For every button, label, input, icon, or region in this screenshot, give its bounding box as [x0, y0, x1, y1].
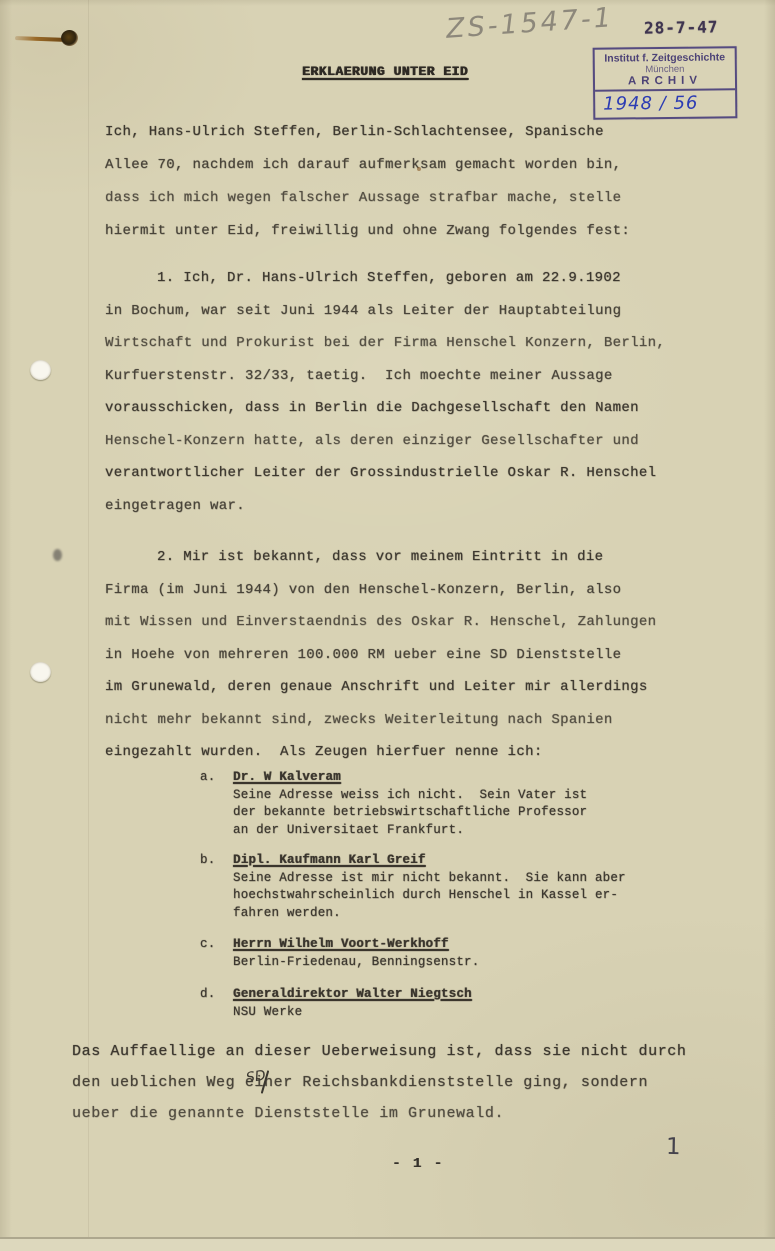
archive-reference-handwritten: ZS-1547-1: [445, 2, 615, 45]
typed-line: Wirtschaft und Prokurist bei der Firma H…: [105, 327, 705, 360]
typed-page-number: - 1 -: [392, 1156, 444, 1172]
stamp-archiv-line: ARCHIV: [597, 74, 733, 87]
typed-line: verantwortlicher Leiter der Grossindustr…: [105, 457, 705, 490]
typed-line: an der Universitaet Frankfurt.: [233, 822, 680, 840]
typed-line: Berlin-Friedenau, Benningsenstr.: [233, 954, 680, 972]
witness-letter: d.: [200, 986, 215, 1004]
document-title: ERKLAERUNG UNTER EID: [302, 64, 468, 79]
witness-entry-a: a. Dr. W Kalveram Seine Adresse weiss ic…: [200, 769, 680, 839]
ink-smudge: [53, 549, 62, 561]
typed-line: hoechstwahrscheinlich durch Henschel in …: [233, 887, 680, 905]
witness-name: Dr. W Kalveram: [233, 769, 680, 787]
staple-rust-line: [15, 36, 67, 42]
typed-line: den ueblichen Weg einer Reichsbankdienst…: [72, 1067, 732, 1098]
stamp-city-line: München: [597, 63, 733, 75]
typed-line: fahren werden.: [233, 905, 680, 923]
stamp-accession-number: 1948 / 56: [595, 90, 735, 117]
typed-line: Das Auffaellige an dieser Ueberweisung i…: [72, 1036, 732, 1067]
typed-line: 2. Mir ist bekannt, dass vor meinem Eint…: [105, 541, 705, 574]
witness-entry-d: d. Generaldirektor Walter Niegtsch NSU W…: [200, 986, 680, 1021]
staple-rust-mark: [15, 28, 85, 48]
handwritten-page-number: 1: [666, 1134, 681, 1160]
typed-line: Ich, Hans-Ulrich Steffen, Berlin-Schlach…: [105, 116, 705, 149]
punch-hole-top: [30, 360, 51, 380]
staple-rust-head: [61, 30, 78, 46]
punch-hole-bottom: [30, 662, 51, 682]
witness-letter: c.: [200, 936, 215, 954]
typed-line: Seine Adresse ist mir nicht bekannt. Sie…: [233, 870, 680, 888]
typed-line: dass ich mich wegen falscher Aussage str…: [105, 182, 705, 215]
witness-letter: a.: [200, 769, 215, 787]
typed-line: Henschel-Konzern hatte, als deren einzig…: [105, 425, 705, 458]
typed-line: vorausschicken, dass in Berlin die Dachg…: [105, 392, 705, 425]
typed-line: eingezahlt wurden. Als Zeugen hierfuer n…: [105, 736, 705, 769]
witness-name: Herrn Wilhelm Voort-Werkhoff: [233, 936, 680, 954]
paragraph-closing: Das Auffaellige an dieser Ueberweisung i…: [72, 1036, 732, 1129]
typed-line: 1. Ich, Dr. Hans-Ulrich Steffen, geboren…: [105, 262, 705, 295]
scanned-document-page: ZS-1547-1 28-7-47 Institut f. Zeitgeschi…: [0, 0, 775, 1251]
typed-line: mit Wissen und Einverstaendnis des Oskar…: [105, 606, 705, 639]
paper-fleck: [417, 167, 421, 171]
page-bottom-edge: [0, 1237, 775, 1251]
archive-stamp: Institut f. Zeitgeschichte München ARCHI…: [593, 46, 738, 120]
witness-letter: b.: [200, 852, 215, 870]
typed-line: Firma (im Juni 1944) von den Henschel-Ko…: [105, 574, 705, 607]
typed-line: Kurfuerstenstr. 32/33, taetig. Ich moech…: [105, 360, 705, 393]
witness-entry-b: b. Dipl. Kaufmann Karl Greif Seine Adres…: [200, 852, 680, 922]
paragraph-1: 1. Ich, Dr. Hans-Ulrich Steffen, geboren…: [105, 262, 705, 522]
typed-line: in Bochum, war seit Juni 1944 als Leiter…: [105, 295, 705, 328]
date-stamp: 28-7-47: [644, 17, 719, 37]
typed-line: in Hoehe von mehreren 100.000 RM ueber e…: [105, 639, 705, 672]
archive-stamp-header: Institut f. Zeitgeschichte München ARCHI…: [595, 48, 735, 91]
paragraph-intro: Ich, Hans-Ulrich Steffen, Berlin-Schlach…: [105, 116, 705, 248]
typed-line: Seine Adresse weiss ich nicht. Sein Vate…: [233, 787, 680, 805]
witness-name: Generaldirektor Walter Niegtsch: [233, 986, 680, 1004]
witness-name: Dipl. Kaufmann Karl Greif: [233, 852, 680, 870]
typed-line: NSU Werke: [233, 1004, 680, 1022]
typed-line: eingetragen war.: [105, 490, 705, 523]
typed-line: hiermit unter Eid, freiwillig und ohne Z…: [105, 215, 705, 248]
typed-line: im Grunewald, deren genaue Anschrift und…: [105, 671, 705, 704]
typed-line: der bekannte betriebswirtschaftliche Pro…: [233, 804, 680, 822]
witness-entry-c: c. Herrn Wilhelm Voort-Werkhoff Berlin-F…: [200, 936, 680, 971]
typed-line: Allee 70, nachdem ich darauf aufmerksam …: [105, 149, 705, 182]
paragraph-2: 2. Mir ist bekannt, dass vor meinem Eint…: [105, 541, 705, 769]
typed-line: ueber die genannte Dienststelle im Grune…: [72, 1098, 732, 1129]
typed-line: nicht mehr bekannt sind, zwecks Weiterle…: [105, 704, 705, 737]
